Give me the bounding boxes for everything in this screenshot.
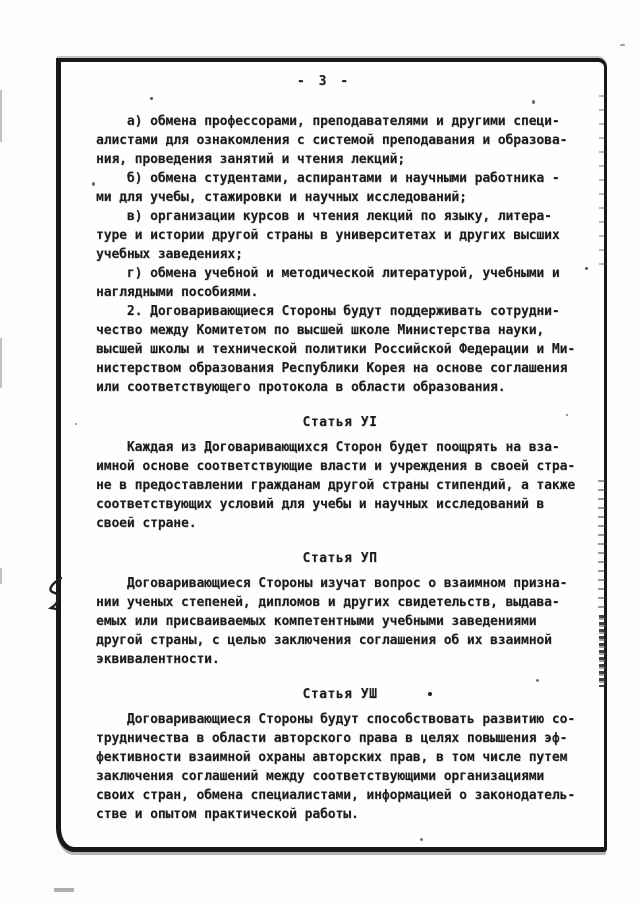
scan-edge-line bbox=[0, 568, 2, 584]
article-heading-vi: Статья УI bbox=[96, 413, 584, 432]
stray-ink-dot bbox=[428, 692, 432, 696]
scan-speck bbox=[532, 100, 535, 104]
scan-noise bbox=[599, 95, 606, 265]
article-vii-paragraph: Договаривающиеся Стороны изучат вопрос о… bbox=[96, 574, 584, 669]
paragraph-item-g: г) обмена учебной и методической литерат… bbox=[96, 264, 584, 302]
scan-noise bbox=[599, 615, 606, 687]
article-vi-paragraph: Каждая из Договаривающихся Сторон будет … bbox=[96, 438, 584, 533]
scan-edge-line bbox=[0, 90, 2, 142]
scan-speck bbox=[75, 423, 77, 425]
scan-speck bbox=[92, 182, 95, 186]
scan-speck bbox=[536, 679, 539, 682]
article-heading-vii: Статья УП bbox=[96, 549, 584, 568]
page-frame: - 3 - а) обмена профессорами, преподават… bbox=[56, 58, 607, 852]
scan-speck bbox=[420, 838, 423, 841]
scan-speck bbox=[620, 44, 625, 46]
scan-noise bbox=[598, 480, 605, 615]
scan-speck bbox=[566, 414, 568, 416]
article-heading-viii: Статья УШ bbox=[96, 685, 584, 704]
paragraph-item-v: в) организации курсов и чтения лекций по… bbox=[96, 207, 584, 264]
paragraph-item-b: б) обмена студентами, аспирантами и науч… bbox=[96, 169, 584, 207]
paragraph-clause-2: 2. Договаривающиеся Стороны будут поддер… bbox=[96, 302, 584, 397]
document-body: а) обмена профессорами, преподавателями … bbox=[96, 112, 584, 824]
scan-edge-line bbox=[0, 338, 2, 388]
paragraph-item-a: а) обмена профессорами, преподавателями … bbox=[96, 112, 584, 169]
scan-speck bbox=[150, 97, 153, 100]
handwritten-tick-mark bbox=[42, 576, 66, 612]
article-viii-paragraph: Договаривающиеся Стороны будут способств… bbox=[96, 710, 584, 824]
page-number: - 3 - bbox=[80, 72, 568, 91]
scan-speck bbox=[585, 267, 588, 270]
scan-edge-mark bbox=[54, 888, 74, 892]
scanned-document-page: - 3 - а) обмена профессорами, преподават… bbox=[0, 0, 640, 905]
